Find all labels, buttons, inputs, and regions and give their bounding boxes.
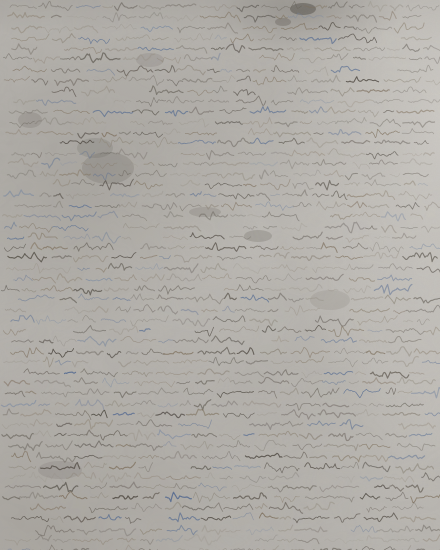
manuscript-photo — [0, 0, 440, 550]
film-grain-overlay — [0, 0, 440, 550]
manuscript-render-surface — [0, 0, 440, 550]
